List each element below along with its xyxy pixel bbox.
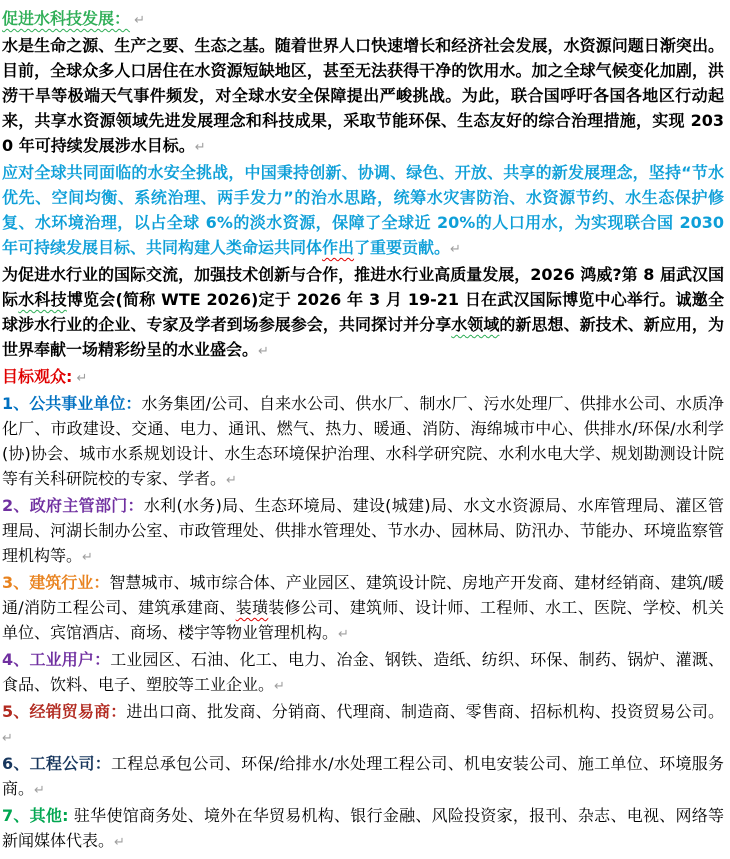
text-run: 了重要贡献。 <box>354 238 450 257</box>
text-run: 5、经销贸易商： <box>2 702 126 721</box>
text-run: 水领域 <box>451 315 499 334</box>
text-run: ↵ <box>72 371 87 386</box>
text-run: 工程总承包公司、环保/给排水/水处理工程公司、机电安装公司、施工单位、环境服务商… <box>2 754 724 798</box>
text-run: 目标观众: <box>2 367 72 386</box>
item-public-utilities: 1、公共事业单位：水务集团/公司、自来水公司、供水厂、制水厂、污水处理厂、供排水… <box>2 391 724 493</box>
text-run: 7、其他: <box>2 806 69 825</box>
text-run: 驻华使馆商务处、境外在华贸易机构、银行金融、风险投资家，报刊、杂志、电视、网络等… <box>2 806 724 850</box>
text-run: ↵ <box>82 550 93 565</box>
text-run: ↵ <box>450 242 461 257</box>
text-run: ↵ <box>2 731 13 746</box>
item-engineering-companies: 6、工程公司：工程总承包公司、环保/给排水/水处理工程公司、机电安装公司、施工单… <box>2 751 724 803</box>
item-others: 7、其他: 驻华使馆商务处、境外在华贸易机构、银行金融、风险投资家，报刊、杂志、… <box>2 803 724 855</box>
document-page: 促进水科技发展： ↵水是生命之源、生产之要、生态之基。随着世界人口快速增长和经济… <box>0 0 726 859</box>
text-run: ↵ <box>34 783 45 798</box>
text-run: 1、公共事业单位： <box>2 394 141 413</box>
text-run: 水科技 <box>18 290 67 309</box>
text-run: 进出口商、批发商、分销商、代理商、制造商、零售商、招标机构、投资贸易公司。 <box>126 702 724 721</box>
heading-water-tech: 促进水科技发展： ↵ <box>2 6 724 33</box>
item-distributors-traders: 5、经销贸易商：进出口商、批发商、分销商、代理商、制造商、零售商、招标机构、投资… <box>2 699 724 751</box>
text-run: ↵ <box>274 679 285 694</box>
item-government-departments: 2、政府主管部门：水利(水务)局、生态环境局、建设(城建)局、水文水资源局、水库… <box>2 493 724 570</box>
item-construction-industry: 3、建筑行业：智慧城市、城市综合体、产业园区、建筑设计院、房地产开发商、建材经销… <box>2 570 724 647</box>
text-run: ↵ <box>338 627 349 642</box>
text-run: 2、政府主管部门： <box>2 496 144 515</box>
text-run: ↵ <box>226 473 237 488</box>
item-industrial-users: 4、工业用户：工业园区、石油、化工、电力、冶金、钢铁、造纸、纺织、环保、制药、锅… <box>2 647 724 699</box>
heading-target-audience: 目标观众: ↵ <box>2 364 724 391</box>
text-run: ↵ <box>258 344 269 359</box>
text-run: 水是生命之源、生产之要、生态之基。随着世界人口快速增长和经济社会发展，水资源问题… <box>2 36 724 155</box>
text-run: ↵ <box>114 835 125 850</box>
text-run: 4、工业用户： <box>2 650 110 669</box>
text-run: ↵ <box>130 13 145 28</box>
para-water-importance: 水是生命之源、生产之要、生态之基。随着世界人口快速增长和经济社会发展，水资源问题… <box>2 33 724 160</box>
text-run: 工业园区、石油、化工、电力、冶金、钢铁、造纸、纺织、环保、制药、锅炉、灌溉、食品… <box>2 650 724 694</box>
text-run: 作出 <box>322 238 354 257</box>
text-run: 促进水科技发展： <box>2 9 130 28</box>
text-run: 装璜 <box>236 598 269 617</box>
para-expo-invitation: 为促进水行业的国际交流，加强技术创新与合作，推进水行业高质量发展，2026 鸿威… <box>2 262 724 364</box>
para-china-response: 应对全球共同面临的水安全挑战，中国秉持创新、协调、绿色、开放、共享的新发展理念，… <box>2 160 724 262</box>
text-run: 6、工程公司： <box>2 754 111 773</box>
text-run: ↵ <box>195 140 206 155</box>
text-run: 3、建筑行业： <box>2 573 109 592</box>
